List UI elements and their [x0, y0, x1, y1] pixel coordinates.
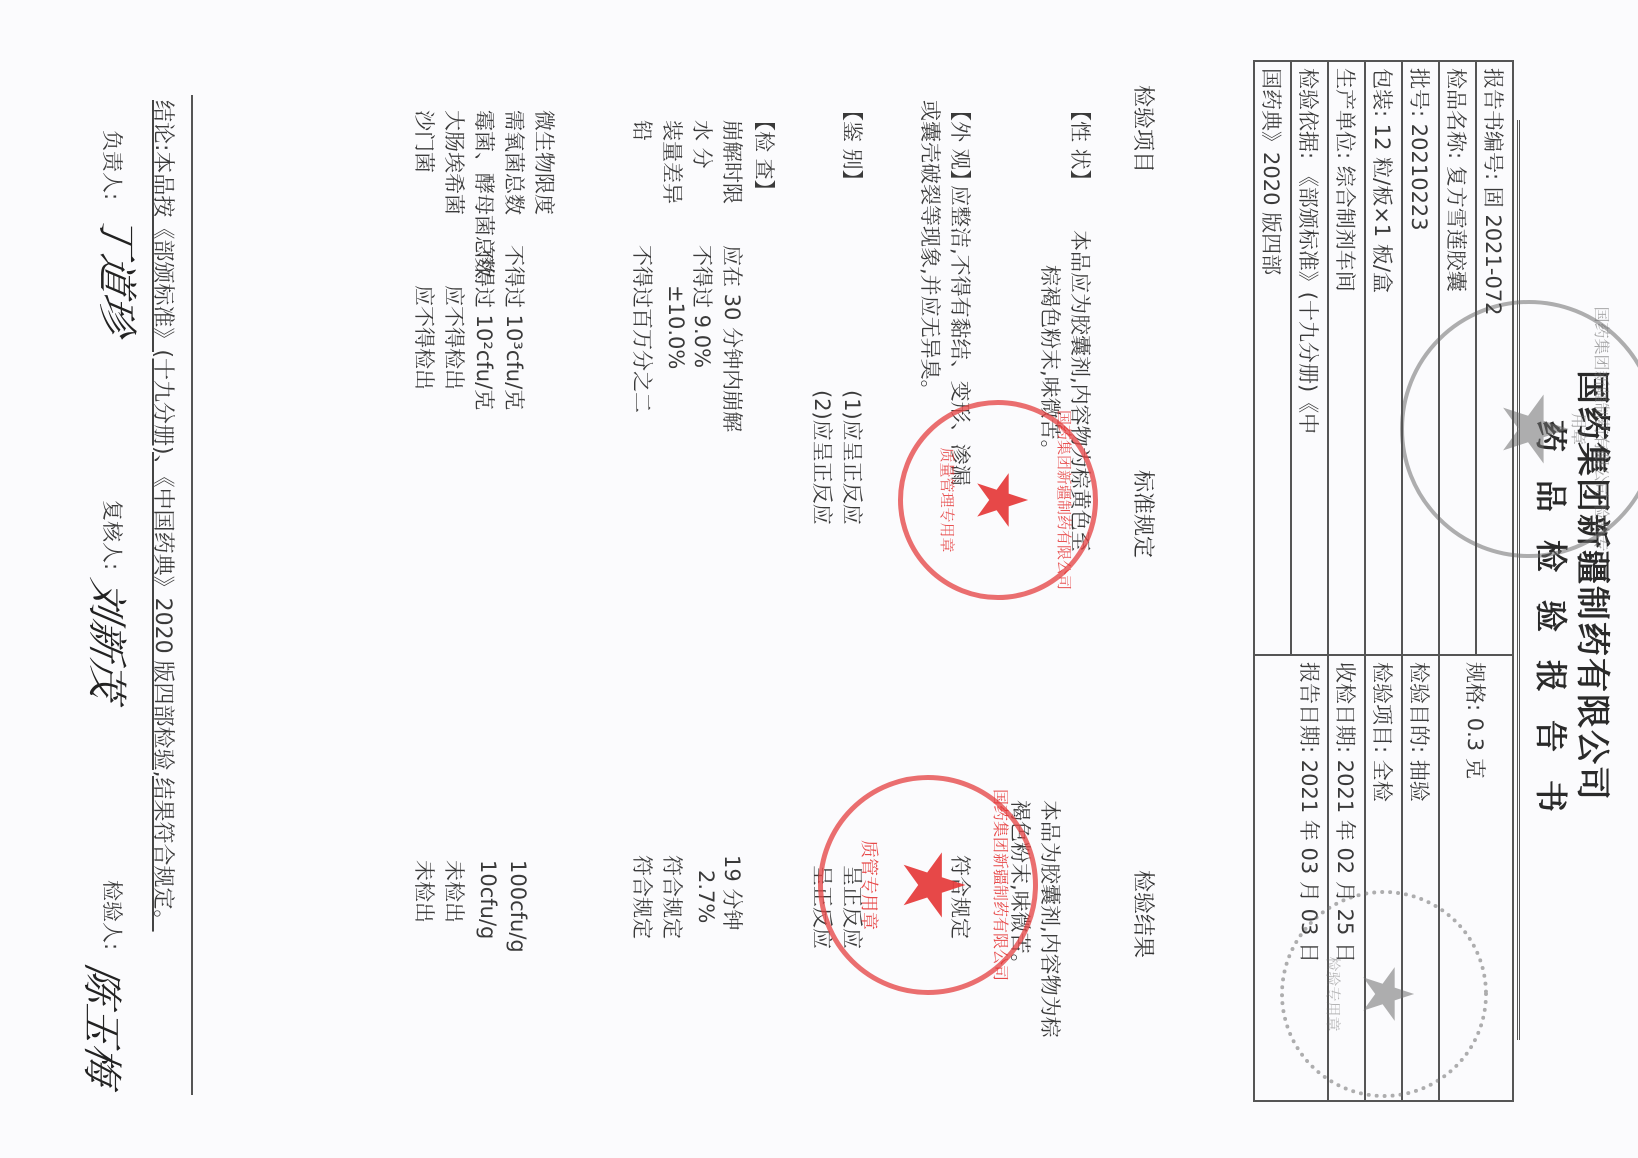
inspection-label: 【检 查】 [750, 110, 780, 201]
product-name: 复方雪莲胶囊 [1445, 166, 1469, 292]
production-unit: 综合制剂车间 [1334, 166, 1358, 292]
info-row: 报告书编号: 固 2021-072 规格: 0.3 克 [1476, 61, 1513, 1101]
batch-number: 20210223 [1408, 124, 1432, 231]
responsible-label: 负责人: [98, 130, 128, 200]
inspection-result-3: 符合规定 [628, 855, 658, 939]
inspection-report-page: 国药集团新疆制药有限公司 药品检验报告书 ★ 国药集团新疆制药有限公司 检验专用… [0, 0, 1638, 1158]
inspection-result-1: 2.7% [694, 870, 718, 923]
identification-standard-2: (2)应呈正反应 [808, 390, 838, 525]
inspection-name-0: 崩解时限 [718, 120, 748, 204]
microbial-result-0: 100cfu/g [506, 860, 530, 953]
inspection-result-0: 19 分钟 [718, 855, 748, 930]
stamp-text: 国药集团新疆制药有限公司 [990, 780, 1013, 990]
microbial-name-3: 沙门菌 [410, 110, 440, 173]
microbial-name-0: 需氧菌总数 [500, 110, 530, 215]
appearance-label: 【外 观】 [946, 100, 976, 191]
inspection-standard-3: 不得过百万分之二 [628, 245, 658, 413]
inspection-basis: 《部颁标准》(十九分册)《中 [1297, 166, 1321, 434]
column-result: 检验结果 [1129, 870, 1160, 958]
star-icon: ★ [967, 469, 1037, 532]
character-result-1: 本品为胶囊剂,内容物为棕 [1036, 800, 1066, 1038]
conclusion: 结论:本品按《部颁标准》(十九分册)、《中国药典》2020 版四部检验,结果符合… [149, 100, 180, 932]
inspection-name-2: 装量差异 [658, 120, 688, 204]
inspection-standard-1: 不得过 9.0% [688, 245, 718, 368]
microbial-result-2: 未检出 [440, 860, 470, 923]
header-rule [1517, 120, 1520, 1040]
inspection-standard-0: 应在 30 分钟内崩解 [718, 245, 748, 432]
packaging: 12 粒/板×1 板/盒 [1371, 124, 1395, 293]
microbial-result-3: 未检出 [410, 860, 440, 923]
microbial-name-2: 大肠埃希菌 [440, 110, 470, 215]
column-standard: 标准规定 [1129, 470, 1160, 558]
star-icon: ★ [1353, 963, 1423, 1026]
inspector-label: 检验人: [98, 880, 128, 950]
character-label: 【性 状】 [1066, 100, 1096, 191]
stamp-text: 质管专用章 [857, 780, 883, 990]
inspection-name-1: 水 分 [688, 120, 718, 169]
quality-stamp-red: ★ 国药集团新疆制药有限公司 质量管理专用章 [898, 400, 1098, 600]
microbial-result-1: 10cfu/g [476, 860, 500, 939]
identification-label: 【鉴 别】 [838, 100, 868, 191]
stamp-text: 国药集团新疆制药有限公司 [1054, 405, 1075, 595]
inspection-result-2: 符合规定 [658, 855, 688, 939]
appearance-standard-2: 或囊壳破裂等现象,并应无异臭。 [916, 100, 946, 401]
inspector-signature: 陈玉梅 [76, 960, 133, 1090]
inspection-standard-2: ±10.0% [664, 285, 688, 369]
reviewer-signature: 刘新茂 [81, 575, 138, 705]
microbial-standard-2: 应不得检出 [440, 285, 470, 390]
inspection-basis-cont: 国药典》2020 版四部 [1260, 68, 1284, 275]
identification-standard-1: (1)应呈正反应 [838, 390, 868, 525]
star-icon: ★ [890, 847, 975, 923]
column-item: 检验项目 [1129, 85, 1160, 173]
responsible-signature: 丁道珍 [91, 210, 148, 340]
stamp-text: 国药集团新疆制药有限公司 检验专用章 [1568, 304, 1614, 554]
stamp-text: 检验专用章 [1323, 894, 1344, 1094]
conclusion-rule [191, 95, 193, 1095]
reviewer-label: 复核人: [98, 500, 128, 570]
microbial-standard-3: 应不得检出 [410, 285, 440, 390]
microbial-standard-0: 不得过 10³cfu/克 [500, 245, 530, 410]
inspection-name-3: 铅 [628, 120, 658, 141]
spec: 0.3 克 [1463, 718, 1487, 779]
microbial-standard-1: 不得过 10²cfu/克 [470, 245, 500, 410]
microbial-label: 微生物限度 [530, 110, 560, 215]
inspection-stamp-gray-faint: ★ 检验专用章 [1280, 890, 1488, 1098]
inspection-purpose: 抽验 [1408, 760, 1432, 802]
stamp-text: 质量管理专用章 [937, 405, 958, 595]
quality-stamp-red: ★ 国药集团新疆制药有限公司 质管专用章 [818, 775, 1038, 995]
inspection-items: 全检 [1371, 760, 1395, 802]
report-number: 固 2021-072 [1482, 187, 1506, 316]
